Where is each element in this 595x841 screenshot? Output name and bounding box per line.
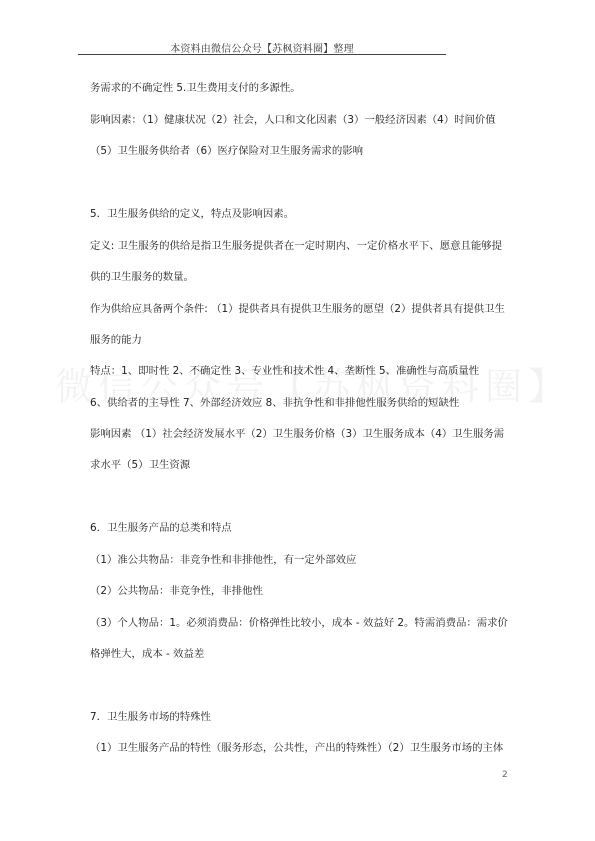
text-line: （3）个人物品：1。必须消费品：价格弹性比较小，成本 - 效益好 2。特需消费品… (90, 616, 508, 630)
header-divider (78, 54, 446, 55)
text-line: 作为供给应具备两个条件: （1）提供者具有提供卫生服务的愿望（2）提供者具有提供… (90, 302, 505, 316)
text-line: 求水平（5）卫生资源 (90, 458, 190, 472)
text-line: 服务的能力 (90, 333, 142, 347)
text-line: 定义: 卫生服务的供给是指卫生服务提供者在一定时期内、一定价格水平下、愿意且能够… (90, 239, 502, 253)
header-text: 本资料由微信公众号【苏枫资料圈】整理 (78, 40, 446, 55)
text-line: 影响因素 （1）社会经济发展水平（2）卫生服务价格（3）卫生服务成本（4）卫生服… (90, 427, 504, 441)
text-line: （2）公共物品：非竞争性，非排他性 (90, 584, 263, 598)
page-number: 2 (502, 770, 508, 780)
text-line: （5）卫生服务供给者（6）医疗保险对卫生服务需求的影响 (90, 144, 363, 158)
text-line: 格弹性大，成本 - 效益差 (90, 647, 204, 661)
text-line: 供的卫生服务的数量。 (90, 270, 194, 284)
text-line: 特点：1、即时性 2、不确定性 3、专业性和技术性 4、垄断性 5、准确性与高质… (90, 364, 479, 378)
section-heading: 6．卫生服务产品的总类和特点 (90, 521, 232, 535)
section-heading: 5．卫生服务供给的定义，特点及影响因素。 (90, 207, 294, 221)
text-line: 影响因素：（1）健康状况（2）社会，人口和文化因素（3）一般经济因素（4）时间价… (90, 113, 496, 127)
section-heading: 7．卫生服务市场的特殊性 (90, 710, 211, 724)
text-line: 6、供给者的主导性 7、外部经济效应 8、非抗争性和非排他性服务供给的短缺性 (90, 396, 459, 410)
text-line: （1）卫生服务产品的特性（服务形态，公共性，产出的特殊性）（2）卫生服务市场的主… (90, 741, 503, 755)
text-line: （1）准公共物品：非竞争性和非排他性，有一定外部效应 (90, 553, 356, 567)
text-line: 务需求的不确定性 5.卫生费用支付的多源性。 (90, 81, 301, 95)
